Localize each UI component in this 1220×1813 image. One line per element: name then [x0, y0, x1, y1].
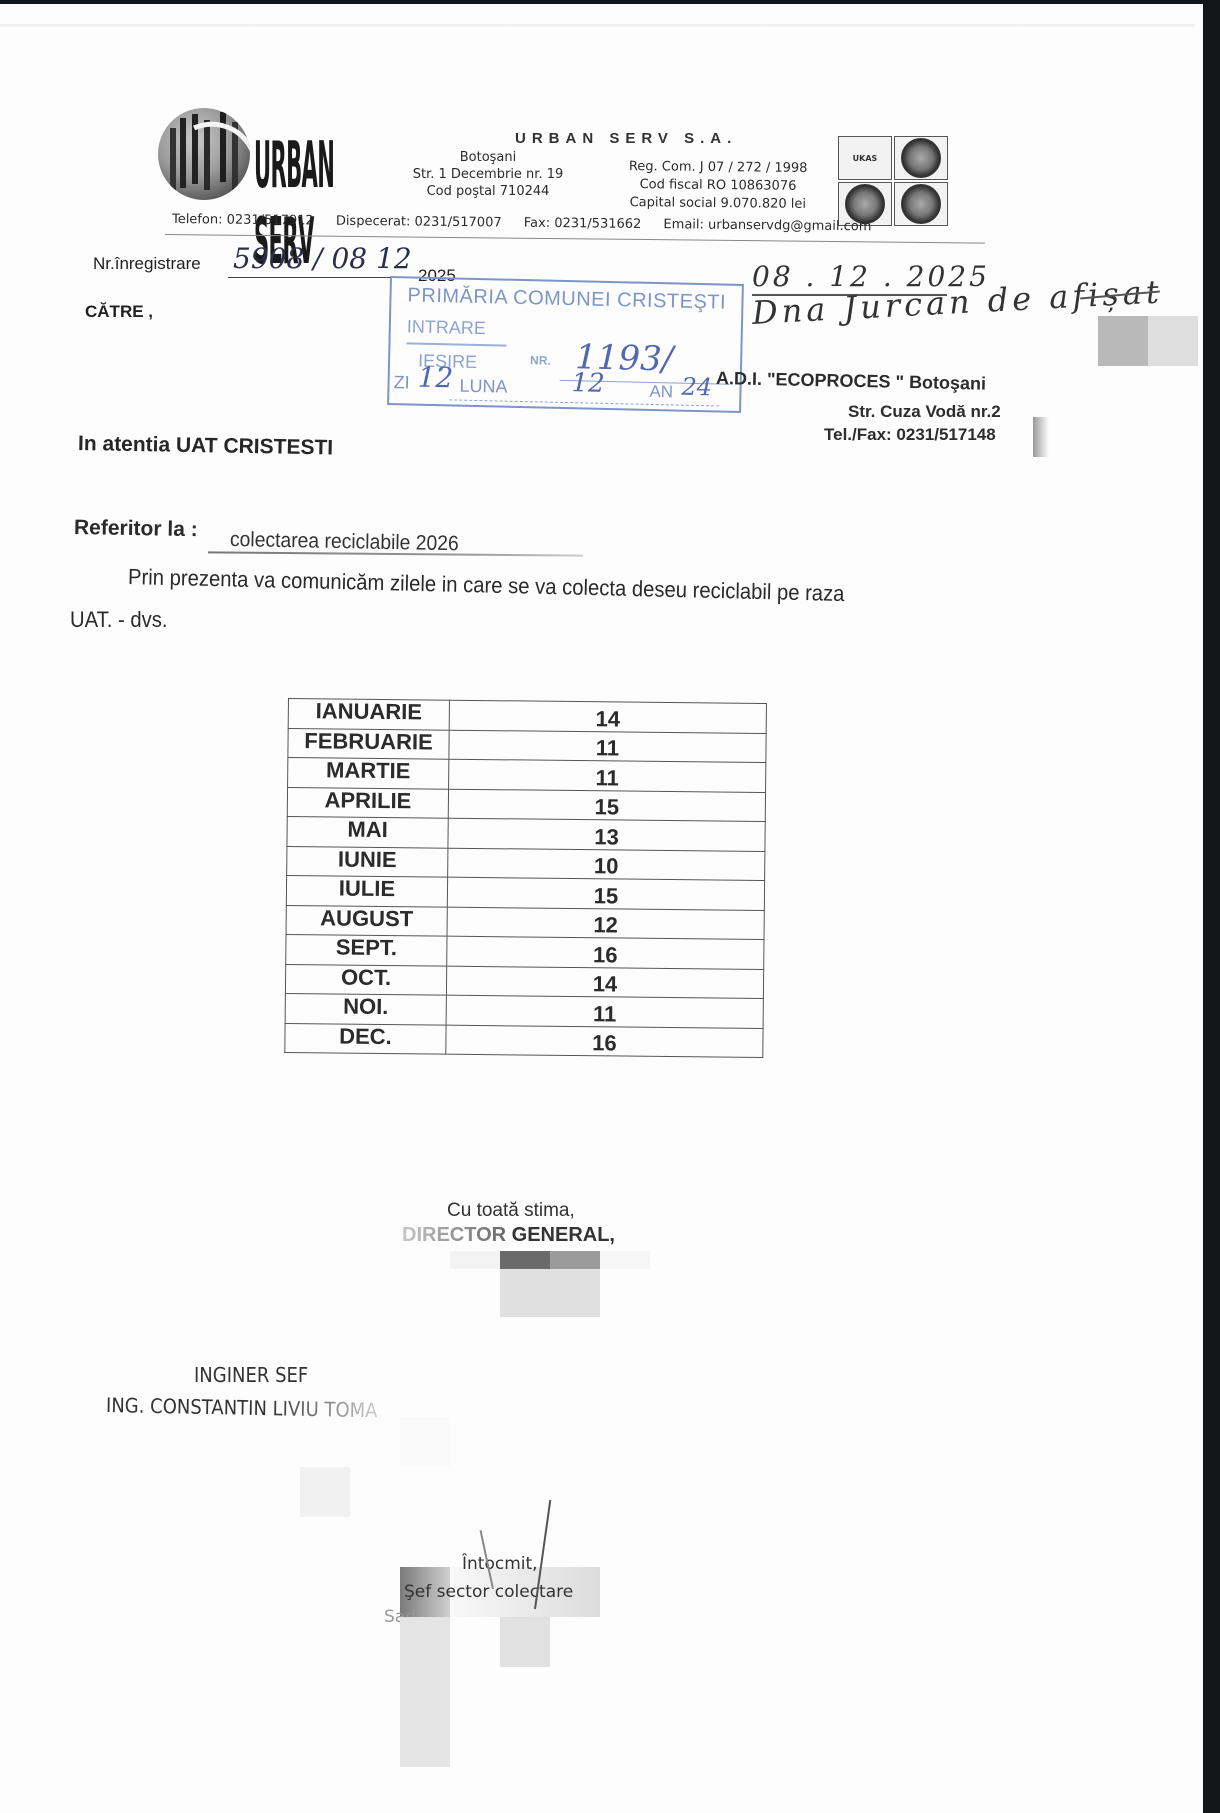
collection-day-cell: 12 [447, 907, 764, 940]
address-city: Botoşani [393, 149, 583, 166]
stamp-nr-label: NR. [530, 353, 551, 367]
body-text-line-1: Prin prezenta va comunicăm zilele in car… [128, 564, 845, 607]
month-cell: OCT. [285, 964, 446, 995]
month-cell: SEPT. [286, 934, 447, 965]
month-cell: NOI. [285, 993, 446, 1024]
redaction-block [450, 1251, 500, 1269]
urban-serv-logo: URBAN SERV [158, 104, 398, 204]
collection-day-cell: 16 [447, 936, 764, 969]
stamp-zi-label: ZI [393, 372, 409, 393]
month-cell: IANUARIE [288, 699, 449, 730]
address-postal-code: Cod poştal 710244 [393, 183, 583, 200]
recipient-street: Str. Cuza Vodă nr.2 [848, 402, 1001, 422]
recipient-name: A.D.I. "ECOPROCES " Botoşani [716, 368, 986, 395]
collection-day-cell: 14 [449, 700, 766, 733]
globe-logo-icon [158, 108, 250, 200]
share-capital: Capital social 9.070.820 lei [598, 194, 838, 215]
addressee-label: CĂTRE , [85, 302, 153, 322]
phone: Telefon: 0231/517912 [172, 212, 314, 228]
redaction-block [600, 1251, 650, 1269]
redaction-block [300, 1467, 350, 1517]
cert-seal-icon [894, 182, 948, 226]
recipient-tel-fax: Tel./Fax: 0231/517148 [824, 425, 996, 445]
collection-schedule-table: IANUARIE14FEBRUARIE11MARTIE11APRILIE15MA… [284, 698, 767, 1058]
table-row: DEC.16 [285, 1023, 763, 1058]
stamp-zi-value: 12 [417, 361, 453, 395]
redaction-block [500, 1251, 550, 1269]
schedule-rows: IANUARIE14FEBRUARIE11MARTIE11APRILIE15MA… [285, 699, 767, 1058]
redaction-block [1098, 316, 1148, 366]
month-cell: DEC. [285, 1023, 446, 1054]
fax: Fax: 0231/531662 [524, 216, 642, 232]
address-street: Str. 1 Decembrie nr. 19 [393, 166, 583, 183]
ukas-cert-icon: UKAS [838, 136, 892, 180]
stamp-title: PRIMĂRIA COMUNEI CRISTEŞTI [407, 284, 726, 314]
stamp-intrare: INTRARE [407, 316, 486, 339]
subject-label: Referitor la : [74, 516, 198, 542]
certification-badges: UKAS [838, 136, 958, 232]
month-cell: AUGUST [286, 905, 447, 936]
stamp-an-value: 24 [681, 373, 712, 402]
collection-day-cell: 10 [448, 848, 765, 881]
redaction-block [550, 1251, 600, 1269]
month-cell: FEBRUARIE [288, 728, 449, 759]
cert-seal-icon [894, 136, 948, 180]
collection-day-cell: 16 [446, 1025, 763, 1058]
month-cell: MAI [287, 816, 448, 847]
stamp-luna-value: 12 [571, 368, 605, 399]
collection-day-cell: 15 [448, 789, 765, 822]
collection-day-cell: 11 [449, 730, 766, 763]
scanned-letter-page: URBAN SERV URBAN SERV S.A. Botoşani Str.… [0, 4, 1203, 1813]
registration-label: Nr.înregistrare [93, 254, 201, 274]
company-name: URBAN SERV S.A. [515, 130, 737, 147]
scan-edge [0, 24, 1195, 27]
collection-day-cell: 11 [446, 995, 763, 1028]
text-fade [398, 1220, 508, 1248]
stamp-luna-label: LUNA [459, 376, 507, 398]
reg-com: Reg. Com. J 07 / 272 / 1998 [598, 158, 838, 179]
month-cell: IULIE [286, 875, 447, 906]
collection-day-cell: 13 [448, 818, 765, 851]
redaction-block [400, 1417, 450, 1467]
collection-day-cell: 11 [449, 759, 766, 792]
incoming-registry-stamp: PRIMĂRIA COMUNEI CRISTEŞTI INTRARE IEŞIR… [387, 276, 744, 413]
prepared-by-label: Întocmit, [462, 1554, 538, 1574]
text-fade [270, 1394, 410, 1422]
company-address: Botoşani Str. 1 Decembrie nr. 19 Cod poş… [393, 149, 583, 200]
closing-salutation: Cu toată stima, [447, 1200, 575, 1222]
redaction-block [400, 1617, 450, 1767]
prepared-by-role: Şef sector colectare [404, 1582, 573, 1602]
redaction-block [1033, 417, 1049, 457]
collection-day-cell: 14 [446, 966, 763, 999]
email: Email: urbanservdg@gmail.com [663, 217, 871, 234]
collection-day-cell: 15 [447, 877, 764, 910]
redaction-block [1148, 316, 1198, 366]
registration-number-handwritten: 5908 / 08 12 [233, 242, 412, 275]
month-cell: MARTIE [288, 758, 449, 789]
attention-line: In atentia UAT CRISTESTI [78, 432, 334, 460]
redaction-block [500, 1617, 550, 1667]
subject-underline [208, 551, 583, 556]
month-cell: IUNIE [287, 846, 448, 877]
redaction-block [500, 1269, 600, 1317]
body-text-line-2: UAT. - dvs. [70, 607, 167, 633]
company-registration: Reg. Com. J 07 / 272 / 1998 Cod fiscal R… [598, 158, 839, 215]
chief-engineer-title: INGINER SEF [194, 1363, 308, 1387]
month-cell: APRILIE [287, 787, 448, 818]
dispatch-phone: Dispecerat: 0231/517007 [336, 214, 502, 231]
stamp-an-label: AN [649, 382, 673, 403]
